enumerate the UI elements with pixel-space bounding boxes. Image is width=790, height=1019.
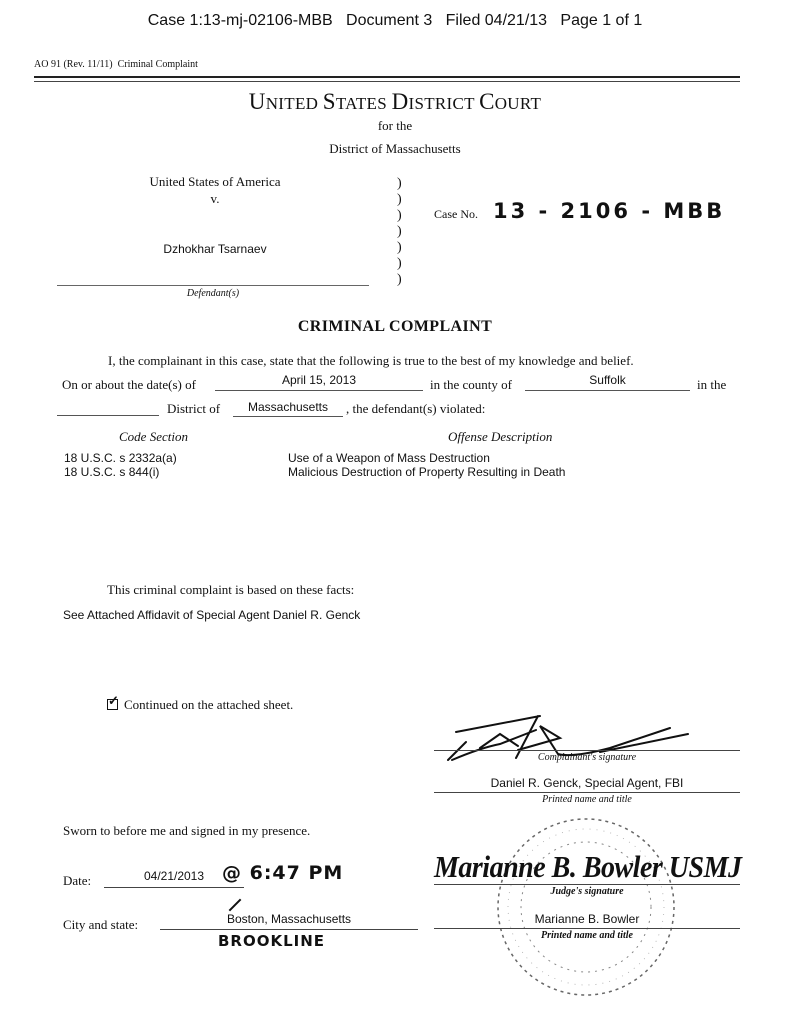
- city-state-field[interactable]: Boston, Massachusetts: [160, 912, 418, 926]
- judge-printed-line: [434, 928, 740, 929]
- versus: v.: [100, 191, 330, 207]
- city-state-line: [160, 929, 418, 930]
- facts-value: See Attached Affidavit of Special Agent …: [63, 608, 360, 622]
- on-or-about-label: On or about the date(s) of: [62, 377, 196, 393]
- city-handwritten: BROOKLINE: [218, 932, 325, 950]
- district-prefix-line: [57, 415, 159, 416]
- court-for-the: for the: [0, 118, 790, 134]
- complaint-title: CRIMINAL COMPLAINT: [0, 318, 790, 336]
- offense-description: Use of a Weapon of Mass Destruction: [288, 451, 490, 465]
- defendant-line: [57, 285, 369, 286]
- sworn-date-label: Date:: [63, 873, 91, 889]
- strikeout-mark: [229, 899, 242, 912]
- offense-date-line: [215, 390, 423, 391]
- plaintiff-name: United States of America: [100, 174, 330, 190]
- city-state-label: City and state:: [63, 917, 138, 933]
- sworn-statement: Sworn to before me and signed in my pres…: [63, 823, 310, 839]
- county-line: [525, 390, 690, 391]
- complainant-signature-label: Complainant's signature: [434, 752, 740, 763]
- case-no-value[interactable]: 13 - 2106 - MBB: [493, 199, 725, 223]
- court-seal-stamp: [491, 812, 681, 1002]
- offense-date-field[interactable]: April 15, 2013: [215, 373, 423, 387]
- court-title: UNITED STATES DISTRICT COURT: [0, 89, 790, 115]
- sworn-time-handwritten: @ 6:47 PM: [222, 862, 343, 884]
- offense-description: Malicious Destruction of Property Result…: [288, 465, 565, 479]
- code-section: 18 U.S.C. s 2332a(a): [64, 451, 177, 465]
- continued-checkbox[interactable]: ✓: [107, 699, 118, 710]
- continued-label: Continued on the attached sheet.: [124, 697, 293, 713]
- caption-parens: ) ) ) ) ) ) ): [397, 176, 402, 288]
- in-the-label: in the: [697, 377, 726, 393]
- sworn-date-line: [104, 887, 244, 888]
- court-district: District of Massachusetts: [0, 141, 790, 157]
- complainant-printed-line: [434, 792, 740, 793]
- judge-signature-label: Judge's signature: [434, 886, 740, 897]
- complaint-statement: I, the complainant in this case, state t…: [108, 353, 634, 369]
- case-no-label: Case No.: [434, 207, 478, 222]
- header-double-rule: [34, 76, 740, 82]
- judge-printed-label: Printed name and title: [434, 930, 740, 941]
- code-section-header: Code Section: [119, 429, 188, 445]
- district-of-label: District of: [167, 401, 220, 417]
- code-section: 18 U.S.C. s 844(i): [64, 465, 159, 479]
- district-line: [233, 416, 343, 417]
- offense-description-header: Offense Description: [448, 429, 552, 445]
- complainant-printed-name: Daniel R. Genck, Special Agent, FBI: [434, 776, 740, 790]
- form-id: AO 91 (Rev. 11/11) Criminal Complaint: [34, 59, 198, 70]
- county-label: in the county of: [430, 377, 512, 393]
- defendant-label: Defendant(s): [57, 288, 369, 299]
- county-field[interactable]: Suffolk: [525, 373, 690, 387]
- facts-label: This criminal complaint is based on thes…: [107, 582, 354, 598]
- judge-signature-line: [434, 884, 740, 885]
- district-field[interactable]: Massachusetts: [233, 400, 343, 414]
- complainant-printed-label: Printed name and title: [434, 794, 740, 805]
- defendant-name: Dzhokhar Tsarnaev: [100, 242, 330, 256]
- checkmark-icon: ✓: [108, 694, 119, 707]
- case-stamp: Case 1:13-mj-02106-MBB Document 3 Filed …: [0, 12, 790, 30]
- judge-signature: Marianne B. Bowler USMJ: [434, 850, 741, 885]
- judge-printed-name: Marianne B. Bowler: [434, 912, 740, 926]
- violated-label: , the defendant(s) violated:: [346, 401, 485, 417]
- complainant-signature-line: [434, 750, 740, 751]
